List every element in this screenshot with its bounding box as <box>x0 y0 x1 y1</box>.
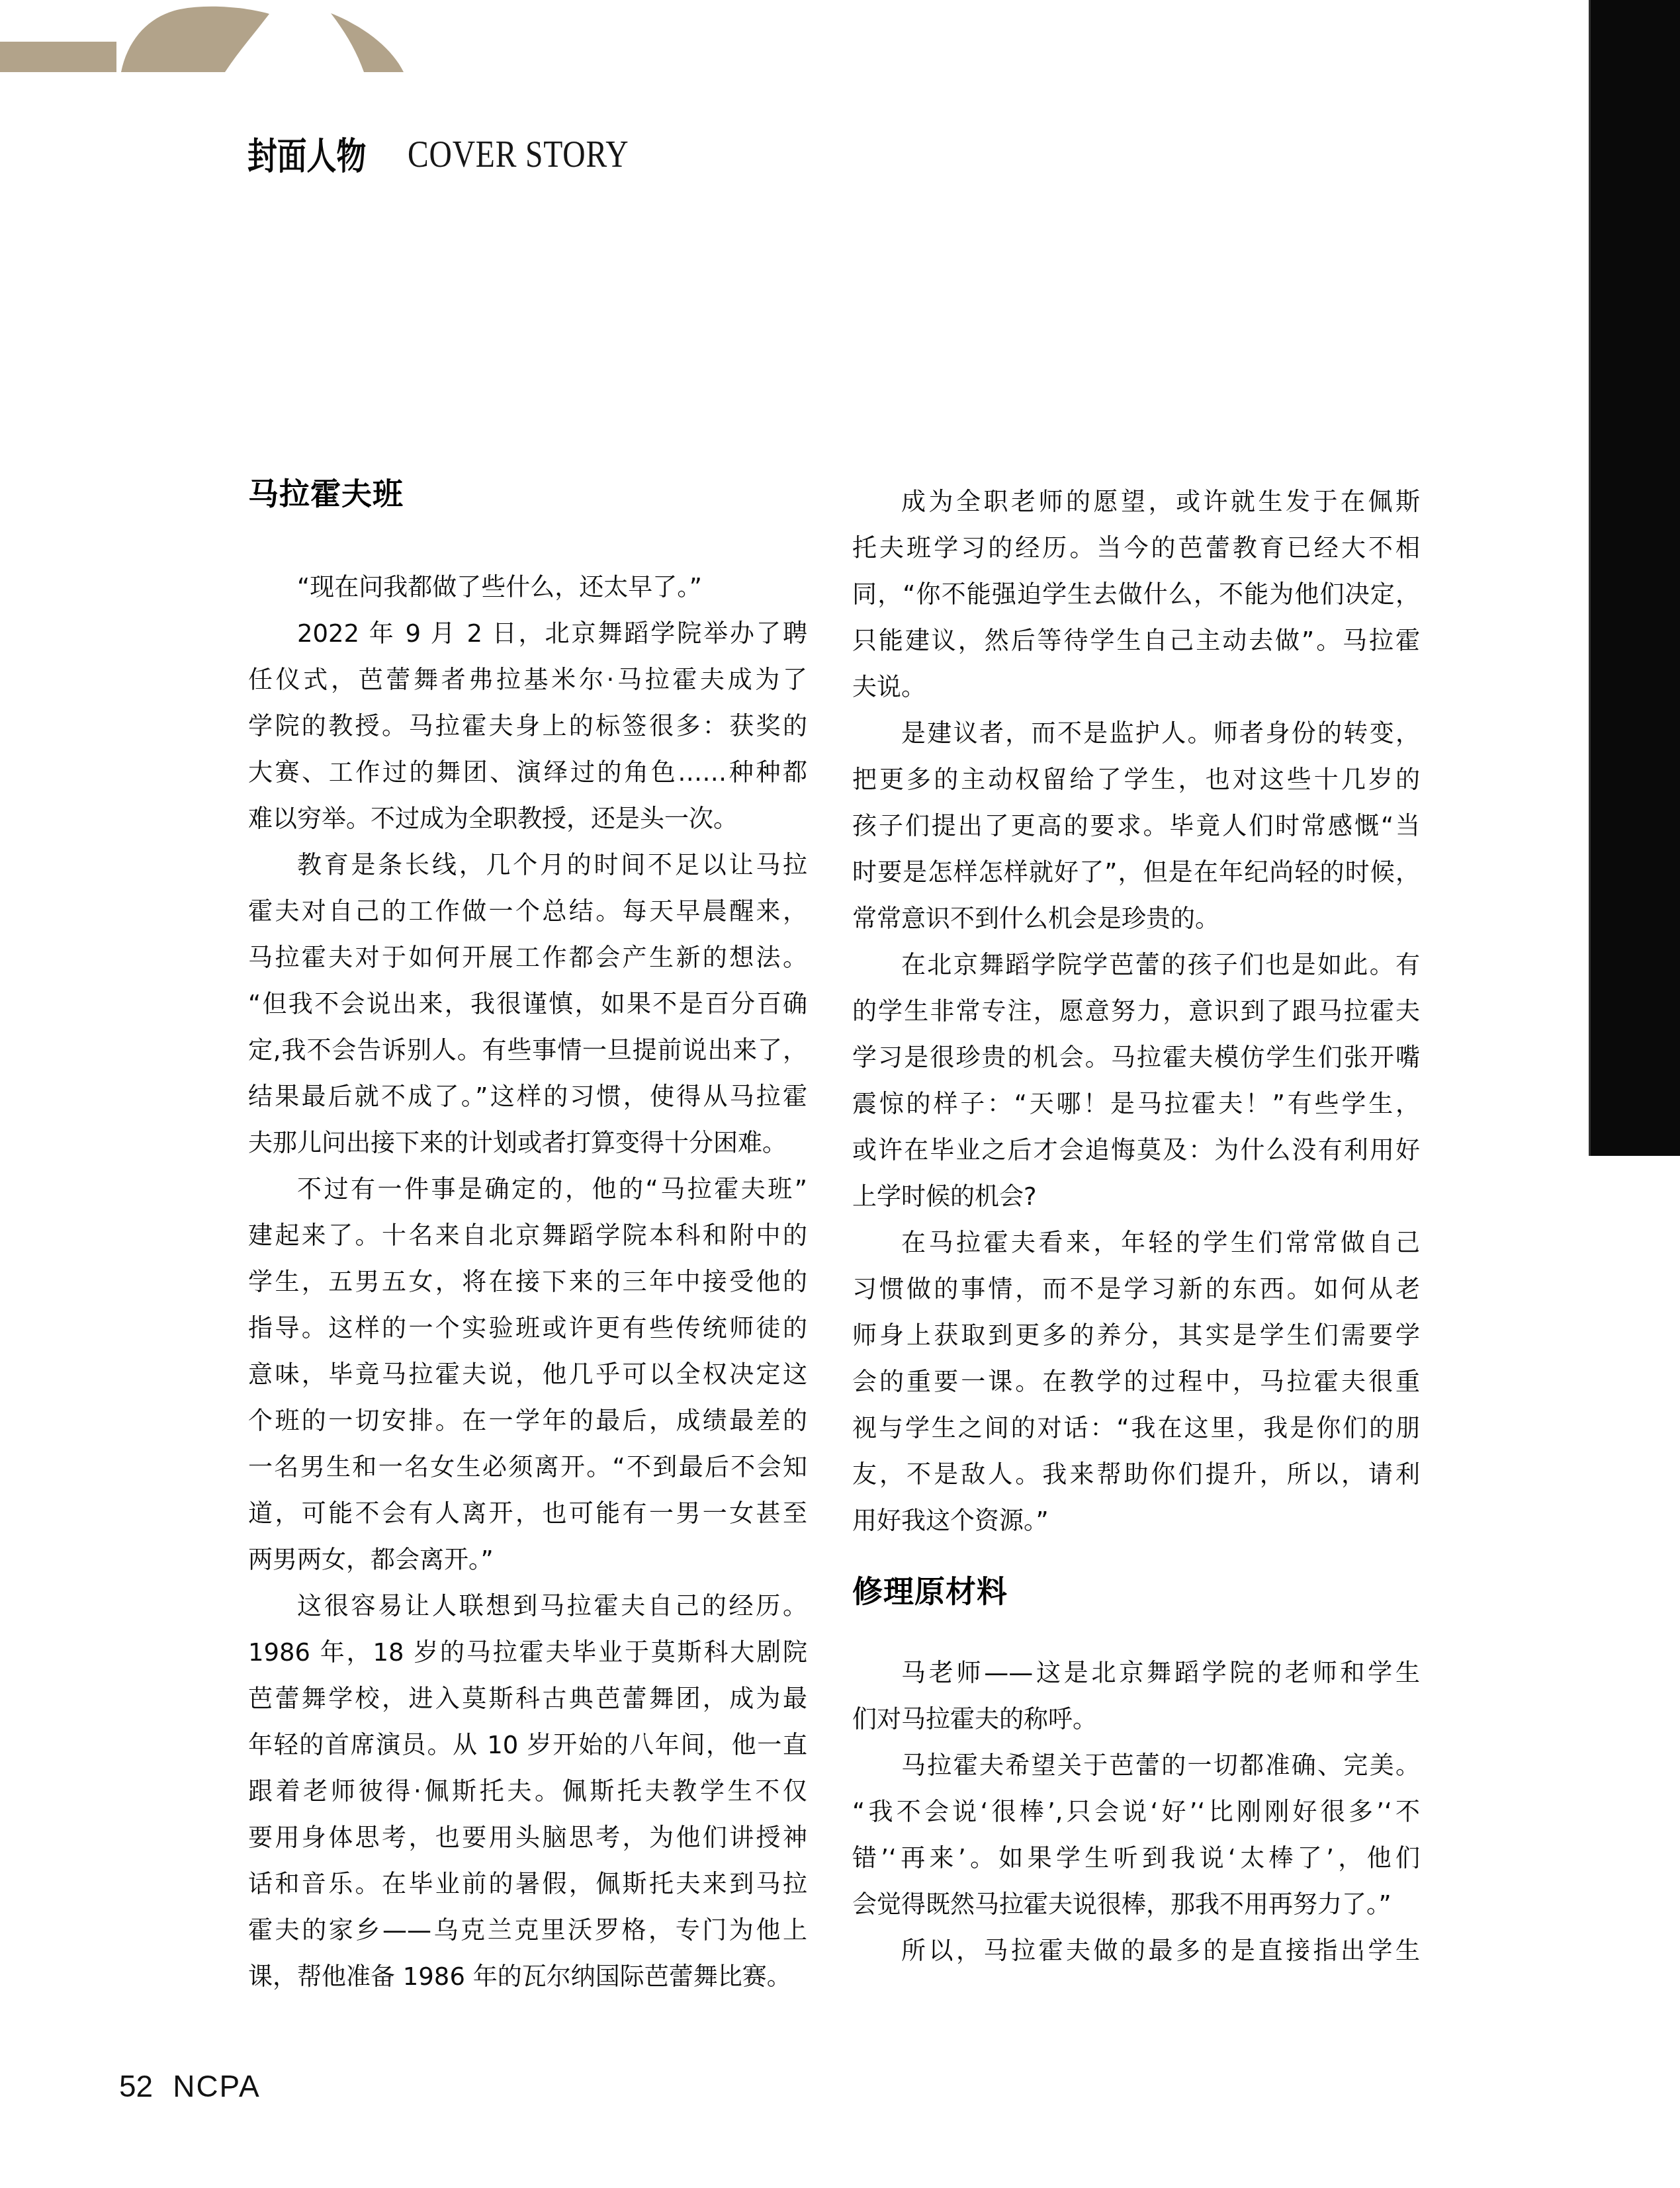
text-line: 这很容易让人联想到马拉霍夫自己的经历。 <box>248 1583 807 1630</box>
text-line: 成为全职老师的愿望，或许就生发于在佩斯 <box>852 479 1420 525</box>
text-line: 的学生非常专注，愿意努力，意识到了跟马拉霍夫 <box>852 988 1420 1035</box>
text-line: 或许在毕业之后才会追悔莫及：为什么没有利用好 <box>852 1127 1420 1174</box>
text-line: 芭蕾舞学校，进入莫斯科古典芭蕾舞团，成为最 <box>248 1676 807 1722</box>
text-line: 视与学生之间的对话：“我在这里，我是你们的朋 <box>852 1405 1420 1452</box>
text-line: 意味，毕竟马拉霍夫说，他几乎可以全权决定这 <box>248 1352 807 1398</box>
text-line: 上学时候的机会? <box>852 1174 1420 1220</box>
text-line: 指导。这样的一个实验班或许更有些传统师徒的 <box>248 1305 807 1352</box>
right-column-text-upper: 成为全职老师的愿望，或许就生发于在佩斯托夫班学习的经历。当今的芭蕾教育已经大不相… <box>852 479 1420 1544</box>
header-swoosh-shape <box>331 13 404 72</box>
text-line: 常常意识不到什么机会是珍贵的。 <box>852 896 1420 942</box>
text-line: “现在问我都做了些什么，还太早了。” <box>248 564 807 611</box>
article-heading-malakhov-class: 马拉霍夫班 <box>248 470 404 517</box>
text-line: 学院的教授。马拉霍夫身上的标签很多：获奖的 <box>248 703 807 750</box>
magazine-page: { "page": { "background": "#ffffff", "ac… <box>0 0 1680 2188</box>
text-line: 友，不是敌人。我来帮助你们提升，所以，请利 <box>852 1452 1420 1498</box>
text-line: “我不会说‘很棒’,只会说‘好’‘比刚刚好很多’‘不 <box>852 1789 1420 1835</box>
text-line: 马拉霍夫希望关于芭蕾的一切都准确、完美。 <box>852 1743 1420 1789</box>
text-line: 托夫班学习的经历。当今的芭蕾教育已经大不相 <box>852 525 1420 572</box>
text-line: 要用身体思考，也要用头脑思考，为他们讲授神 <box>248 1815 807 1861</box>
text-line: 在北京舞蹈学院学芭蕾的孩子们也是如此。有 <box>852 942 1420 988</box>
article-heading-repair-raw-material: 修理原材料 <box>852 1568 1008 1614</box>
text-line: 马老师——这是北京舞蹈学院的老师和学生 <box>852 1650 1420 1696</box>
text-line: 们对马拉霍夫的称呼。 <box>852 1696 1420 1743</box>
text-line: 只能建议，然后等待学生自己主动去做”。马拉霍 <box>852 618 1420 664</box>
brand-ncpa: NCPA <box>173 2071 260 2101</box>
text-line: 建起来了。十名来自北京舞蹈学院本科和附中的 <box>248 1213 807 1259</box>
text-line: 一名男生和一名女生必须离开。“不到最后不会知 <box>248 1444 807 1491</box>
text-line: 霍夫的家乡——乌克兰克里沃罗格，专门为他上 <box>248 1907 807 1954</box>
text-line: 两男两女，都会离开。” <box>248 1537 807 1583</box>
text-line: 大赛、工作过的舞团、演绎过的角色……种种都 <box>248 750 807 796</box>
text-line: 师身上获取到更多的养分，其实是学生们需要学 <box>852 1313 1420 1359</box>
text-line: 同，“你不能强迫学生去做什么，不能为他们决定， <box>852 572 1420 618</box>
right-column-text-lower: 马老师——这是北京舞蹈学院的老师和学生们对马拉霍夫的称呼。马拉霍夫希望关于芭蕾的… <box>852 1650 1420 1974</box>
text-line: 学习是很珍贵的机会。马拉霍夫模仿学生们张开嘴 <box>852 1035 1420 1081</box>
text-line: 夫说。 <box>852 664 1420 711</box>
text-line: 道，可能不会有人离开，也可能有一男一女甚至 <box>248 1491 807 1537</box>
text-line: 把更多的主动权留给了学生，也对这些十几岁的 <box>852 757 1420 803</box>
text-line: 结果最后就不成了。”这样的习惯，使得从马拉霍 <box>248 1074 807 1120</box>
text-line: 难以穷举。不过成为全职教授，还是头一次。 <box>248 796 807 842</box>
text-line: “但我不会说出来，我很谨慎，如果不是百分百确 <box>248 981 807 1028</box>
text-line: 会觉得既然马拉霍夫说很棒，那我不用再努力了。” <box>852 1882 1420 1928</box>
text-line: 在马拉霍夫看来，年轻的学生们常常做自己 <box>852 1220 1420 1266</box>
page-footer: 52 NCPA <box>119 2071 261 2101</box>
text-line: 时要是怎样怎样就好了”，但是在年纪尚轻的时候， <box>852 850 1420 896</box>
text-line: 课，帮他准备 1986 年的瓦尔纳国际芭蕾舞比赛。 <box>248 1954 807 2000</box>
header-ornament <box>0 0 662 106</box>
text-line: 马拉霍夫对于如何开展工作都会产生新的想法。 <box>248 935 807 981</box>
text-line: 2022 年 9 月 2 日，北京舞蹈学院举办了聘 <box>248 611 807 657</box>
text-line: 用好我这个资源。” <box>852 1498 1420 1544</box>
section-title-english: COVER STORY <box>408 135 629 173</box>
page-edge-black-band <box>1589 0 1680 1156</box>
header-sail-shape <box>121 7 269 72</box>
text-line: 霍夫对自己的工作做一个总结。每天早晨醒来， <box>248 889 807 935</box>
text-line: 不过有一件事是确定的，他的“马拉霍夫班” <box>248 1166 807 1213</box>
text-line: 跟着老师彼得·佩斯托夫。佩斯托夫教学生不仅 <box>248 1769 807 1815</box>
text-line: 所以，马拉霍夫做的最多的是直接指出学生 <box>852 1928 1420 1974</box>
text-line: 教育是条长线，几个月的时间不足以让马拉 <box>248 842 807 889</box>
text-line: 学生，五男五女，将在接下来的三年中接受他的 <box>248 1259 807 1305</box>
text-line: 错’‘再来’。如果学生听到我说‘太棒了’，他们 <box>852 1835 1420 1882</box>
page-number: 52 <box>119 2071 153 2101</box>
text-line: 任仪式，芭蕾舞者弗拉基米尔·马拉霍夫成为了 <box>248 657 807 703</box>
text-line: 个班的一切安排。在一学年的最后，成绩最差的 <box>248 1398 807 1444</box>
header-bar-shape <box>0 42 116 72</box>
left-column-text: “现在问我都做了些什么，还太早了。”2022 年 9 月 2 日，北京舞蹈学院举… <box>248 564 807 2000</box>
text-line: 习惯做的事情，而不是学习新的东西。如何从老 <box>852 1266 1420 1313</box>
text-line: 1986 年，18 岁的马拉霍夫毕业于莫斯科大剧院 <box>248 1630 807 1676</box>
text-line: 夫那儿问出接下来的计划或者打算变得十分困难。 <box>248 1120 807 1166</box>
text-line: 年轻的首席演员。从 10 岁开始的八年间，他一直 <box>248 1722 807 1769</box>
text-line: 震惊的样子：“天哪！是马拉霍夫！”有些学生， <box>852 1081 1420 1127</box>
section-title-chinese: 封面人物 <box>247 134 366 175</box>
text-line: 会的重要一课。在教学的过程中，马拉霍夫很重 <box>852 1359 1420 1405</box>
text-line: 是建议者，而不是监护人。师者身份的转变， <box>852 711 1420 757</box>
text-line: 定,我不会告诉别人。有些事情一旦提前说出来了， <box>248 1028 807 1074</box>
text-line: 孩子们提出了更高的要求。毕竟人们时常感慨“当 <box>852 803 1420 850</box>
text-line: 话和音乐。在毕业前的暑假，佩斯托夫来到马拉 <box>248 1861 807 1907</box>
